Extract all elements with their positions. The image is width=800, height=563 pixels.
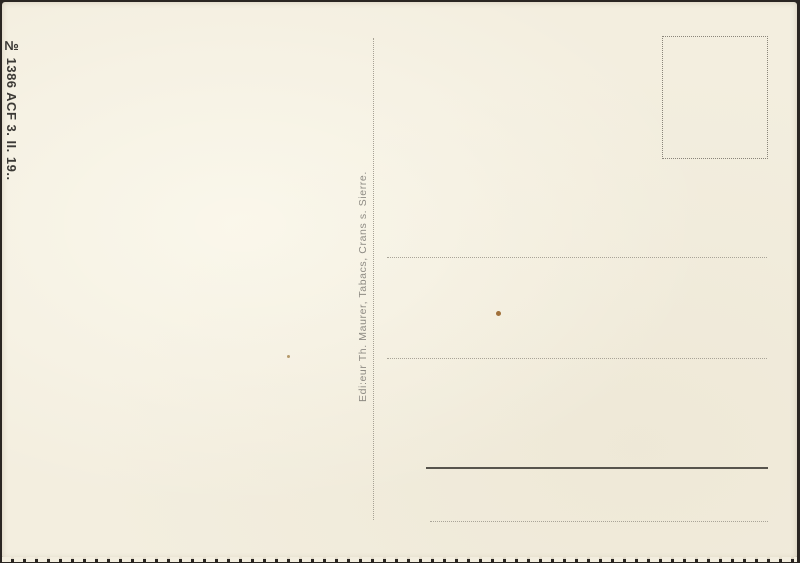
foxing-spot <box>496 311 501 316</box>
publisher-imprint: Edi:eur Th. Maurer, Tabacs, Crans s. Sie… <box>357 142 369 432</box>
serial-number: № 1386 ACF 3. II. 19.. <box>4 38 19 181</box>
deckled-edge <box>2 557 797 562</box>
foxing-spot <box>287 355 290 358</box>
stamp-box <box>662 36 768 159</box>
address-line-3 <box>426 467 768 469</box>
center-divider <box>373 38 374 520</box>
address-line-4 <box>430 521 768 522</box>
postcard-back: № 1386 ACF 3. II. 19.. Edi:eur Th. Maure… <box>2 2 797 559</box>
address-line-1 <box>387 257 767 258</box>
address-line-2 <box>387 358 767 359</box>
